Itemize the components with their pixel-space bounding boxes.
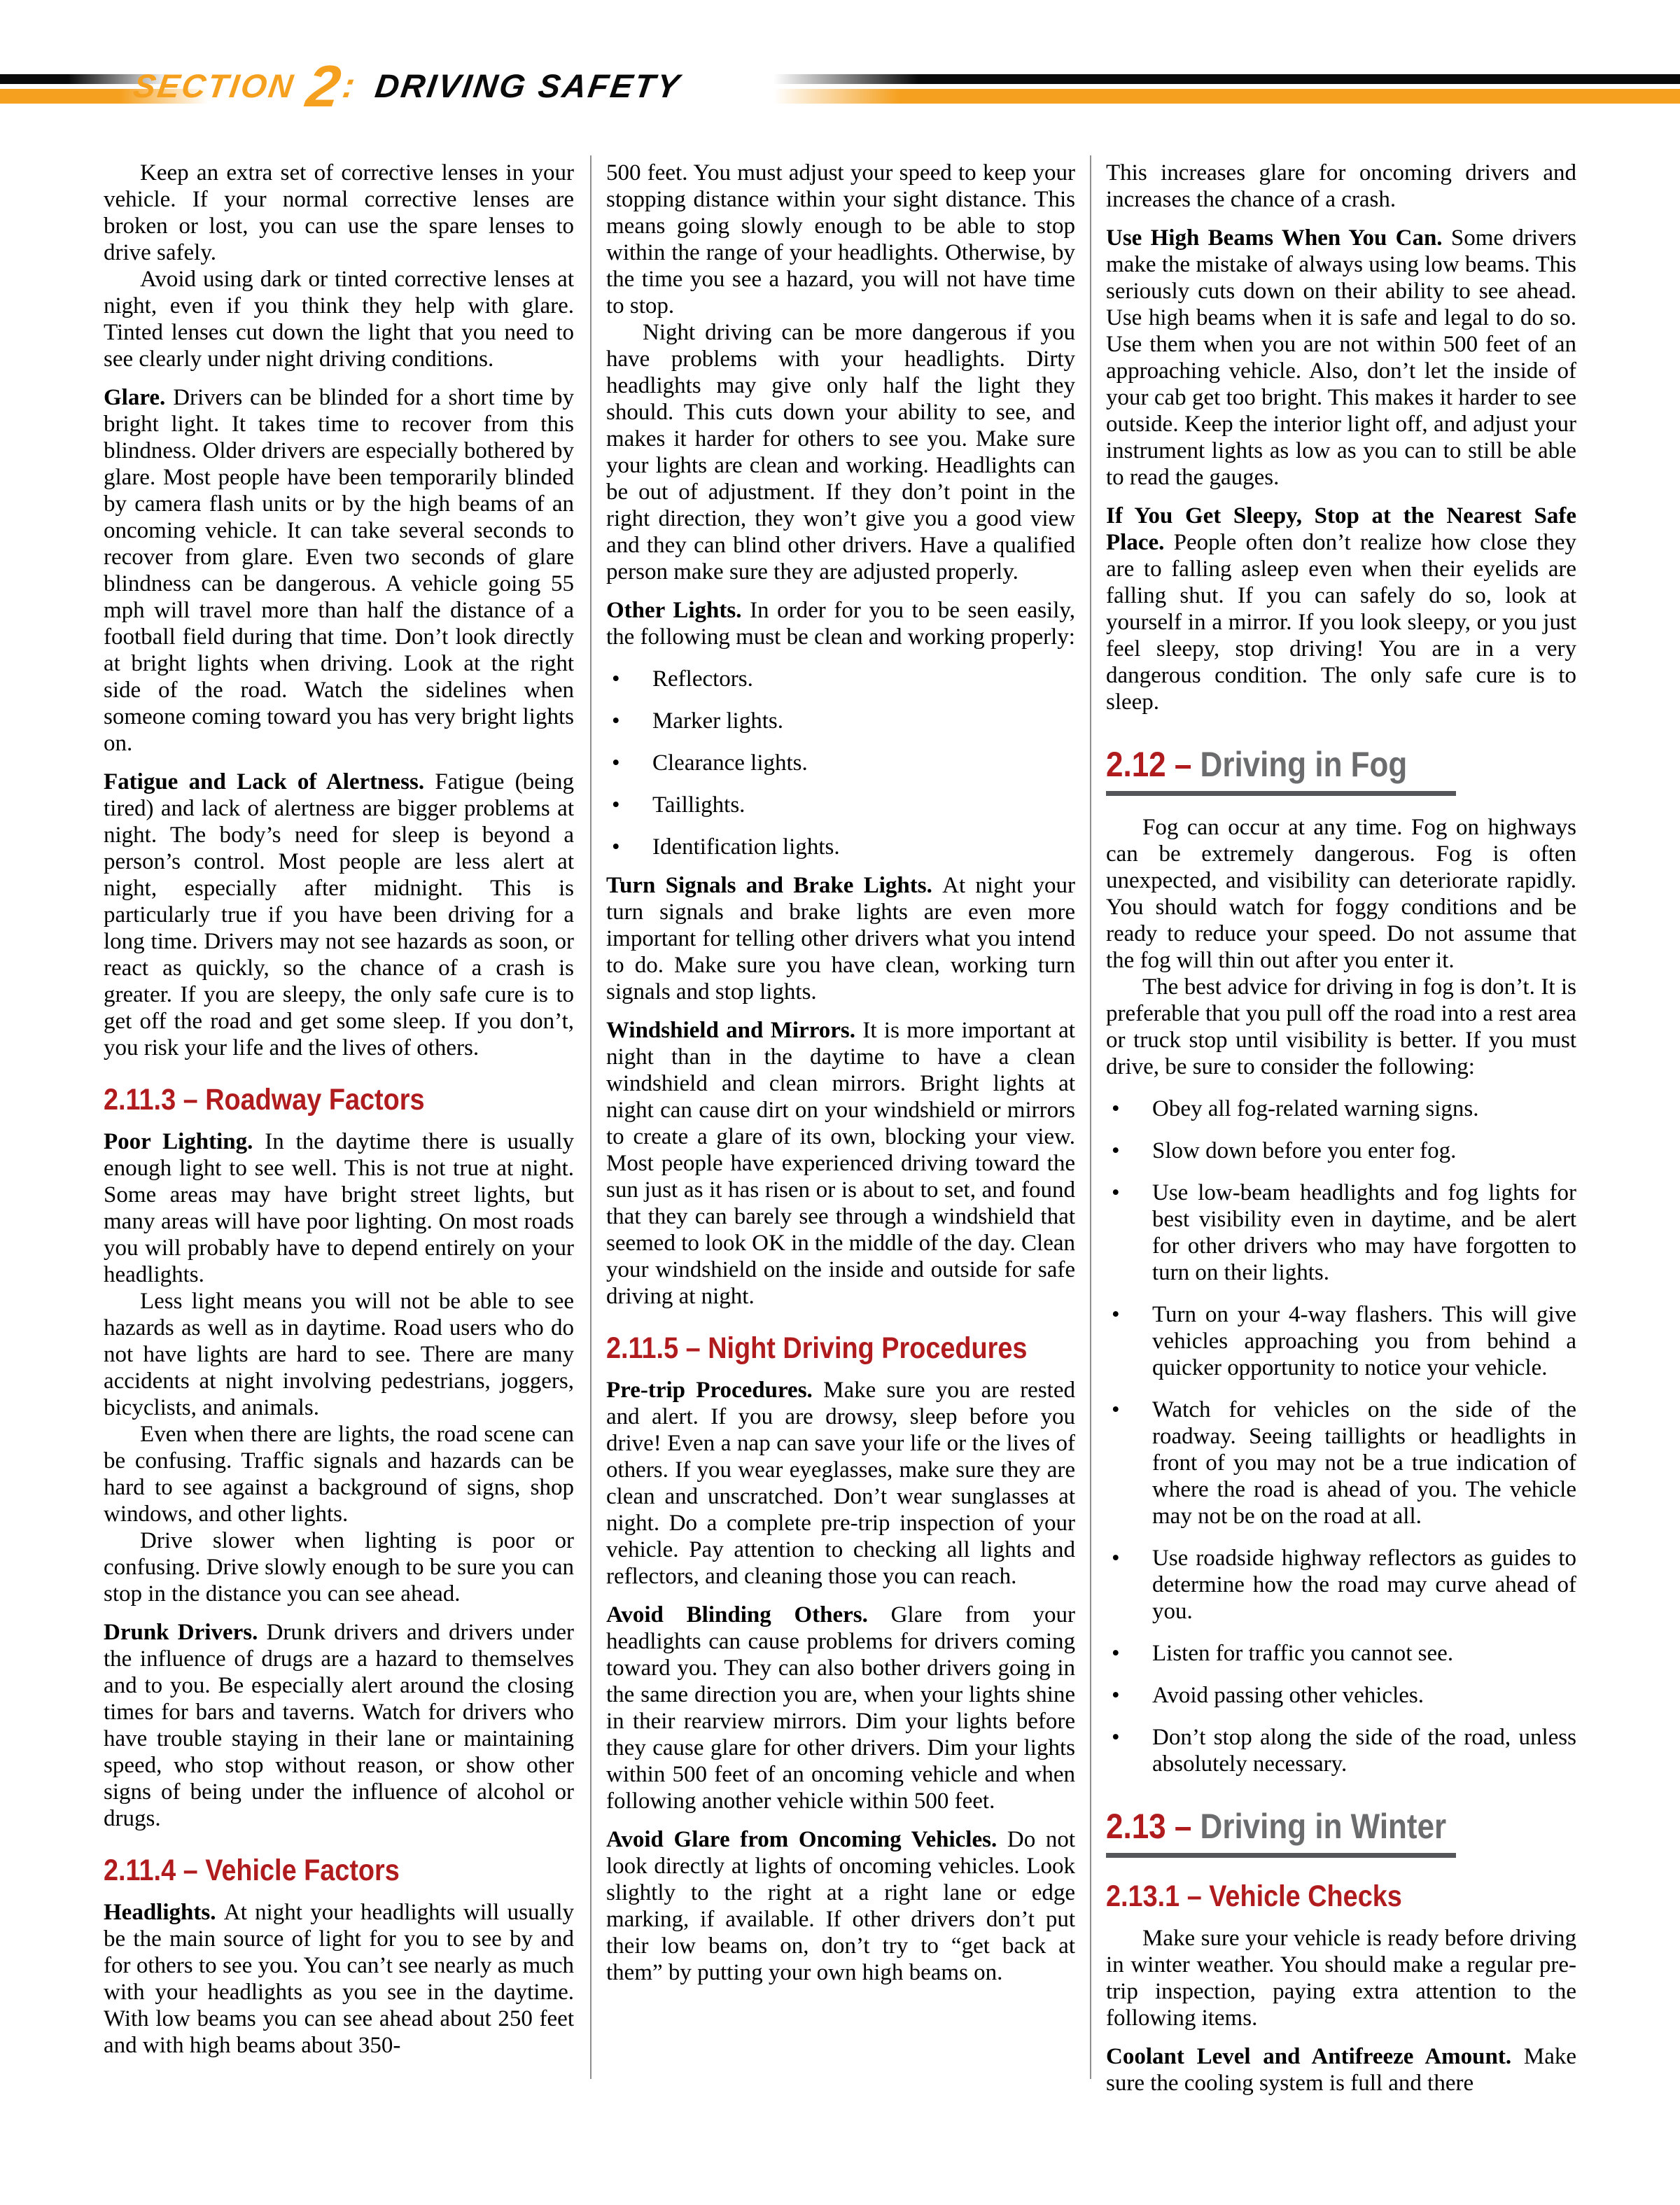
lead-paragraph: Pre-trip Procedures. Make sure you are r…: [606, 1377, 1075, 1590]
bullet-item: Turn on your 4-way flashers. This will g…: [1106, 1301, 1576, 1381]
lead-paragraph: Poor Lighting. In the daytime there is u…: [104, 1128, 574, 1288]
lead-paragraph: Glare. Drivers can be blinded for a shor…: [104, 384, 574, 757]
lead-paragraph: Avoid Glare from Oncoming Vehicles. Do n…: [606, 1826, 1075, 1986]
run-in-heading: Drunk Drivers.: [104, 1620, 267, 1645]
run-in-heading: Use High Beams When You Can.: [1106, 225, 1451, 251]
lead-paragraph: Turn Signals and Brake Lights. At night …: [606, 872, 1075, 1005]
paragraph: Make sure your vehicle is ready before d…: [1106, 1925, 1576, 2031]
header-black-stripe-right: [773, 74, 1680, 84]
column-divider: [590, 155, 591, 2079]
subsection-heading: 2.13.1 – Vehicle Checks: [1106, 1880, 1520, 1912]
section-heading-title: Driving in Winter: [1200, 1807, 1447, 1846]
text-column-2: 500 feet. You must adjust your speed to …: [606, 160, 1075, 1986]
paragraph: The best advice for driving in fog is do…: [1106, 974, 1576, 1080]
run-in-heading: Turn Signals and Brake Lights.: [606, 873, 942, 898]
run-in-heading: Glare.: [104, 385, 173, 410]
subsection-heading: 2.11.3 – Roadway Factors: [104, 1084, 517, 1116]
bullet-item: Obey all fog-related warning signs.: [1106, 1095, 1576, 1122]
paragraph: Fog can occur at any time. Fog on highwa…: [1106, 814, 1576, 974]
lead-paragraph: Coolant Level and Antifreeze Amount. Mak…: [1106, 2043, 1576, 2096]
lead-paragraph: Avoid Blinding Others. Glare from your h…: [606, 1602, 1075, 1814]
bullet-item: Avoid passing other vehicles.: [1106, 1682, 1576, 1709]
bullet-item: Use low-beam headlights and fog lights f…: [1106, 1179, 1576, 1286]
section-title-text: DRIVING SAFETY: [373, 66, 684, 105]
paragraph: Drive slower when lighting is poor or co…: [104, 1527, 574, 1607]
subsection-heading: 2.11.5 – Night Driving Procedures: [606, 1332, 1019, 1364]
bullet-list: Obey all fog-related warning signs.Slow …: [1106, 1095, 1576, 1777]
bullet-item: Reflectors.: [606, 666, 1075, 692]
bullet-list: Reflectors.Marker lights.Clearance light…: [606, 666, 1075, 860]
run-in-heading: Avoid Glare from Oncoming Vehicles.: [606, 1827, 1007, 1852]
bullet-item: Don’t stop along the side of the road, u…: [1106, 1724, 1576, 1777]
bullet-item: Slow down before you enter fog.: [1106, 1137, 1576, 1164]
section-heading: 2.13 – Driving in Winter: [1106, 1808, 1520, 1844]
section-heading-number: 2.12 –: [1106, 745, 1200, 784]
manual-page: SECTION 2 : DRIVING SAFETY Keep an extra…: [0, 0, 1680, 2205]
lead-paragraph: Drunk Drivers. Drunk drivers and drivers…: [104, 1619, 574, 1832]
lead-paragraph: Other Lights. In order for you to be see…: [606, 597, 1075, 650]
lead-paragraph: Use High Beams When You Can. Some driver…: [1106, 225, 1576, 491]
column-divider: [1090, 155, 1091, 2079]
paragraph: Keep an extra set of corrective lenses i…: [104, 160, 574, 266]
bullet-item: Taillights.: [606, 792, 1075, 818]
bullet-item: Clearance lights.: [606, 750, 1075, 776]
paragraph: This increases glare for oncoming driver…: [1106, 160, 1576, 213]
text-column-1: Keep an extra set of corrective lenses i…: [104, 160, 574, 2059]
bullet-item: Identification lights.: [606, 834, 1075, 860]
bullet-item: Listen for traffic you cannot see.: [1106, 1640, 1576, 1667]
run-in-heading: Avoid Blinding Others.: [606, 1602, 891, 1627]
lead-paragraph: If You Get Sleepy, Stop at the Nearest S…: [1106, 503, 1576, 715]
section-heading-block: 2.12 – Driving in Fog: [1106, 746, 1576, 796]
run-in-heading: Coolant Level and Antifreeze Amount.: [1106, 2044, 1524, 2069]
run-in-heading: Fatigue and Lack of Alertness.: [104, 769, 435, 794]
section-heading-title: Driving in Fog: [1200, 745, 1408, 784]
heading-rule: [1106, 791, 1456, 796]
header-orange-stripe-right: [773, 89, 1680, 104]
heading-rule: [1106, 1853, 1456, 1858]
paragraph: Less light means you will not be able to…: [104, 1288, 574, 1421]
paragraph: 500 feet. You must adjust your speed to …: [606, 160, 1075, 319]
section-label: SECTION: [131, 66, 297, 105]
run-in-heading: Pre-trip Procedures.: [606, 1378, 823, 1403]
section-colon: :: [340, 65, 358, 106]
section-header-title: SECTION 2 : DRIVING SAFETY: [130, 43, 687, 111]
bullet-item: Use roadside highway reflectors as guide…: [1106, 1545, 1576, 1625]
run-in-heading: Other Lights.: [606, 598, 750, 623]
bullet-item: Watch for vehicles on the side of the ro…: [1106, 1396, 1576, 1529]
run-in-heading: Headlights.: [104, 1900, 224, 1925]
paragraph: Night driving can be more dangerous if y…: [606, 319, 1075, 585]
subsection-heading: 2.11.4 – Vehicle Factors: [104, 1854, 517, 1886]
run-in-heading: Windshield and Mirrors.: [606, 1018, 862, 1043]
paragraph: Avoid using dark or tinted corrective le…: [104, 266, 574, 372]
lead-paragraph: Windshield and Mirrors. It is more impor…: [606, 1017, 1075, 1310]
section-heading-block: 2.13 – Driving in Winter: [1106, 1808, 1576, 1858]
text-column-3: This increases glare for oncoming driver…: [1106, 160, 1576, 2096]
lead-paragraph: Headlights. At night your headlights wil…: [104, 1899, 574, 2059]
bullet-item: Marker lights.: [606, 708, 1075, 734]
run-in-heading: If You Get Sleepy, Stop at the Nearest S…: [1106, 503, 1576, 555]
section-number: 2: [302, 52, 344, 120]
section-heading: 2.12 – Driving in Fog: [1106, 746, 1520, 783]
paragraph: Even when there are lights, the road sce…: [104, 1421, 574, 1527]
run-in-heading: Poor Lighting.: [104, 1129, 265, 1154]
section-heading-number: 2.13 –: [1106, 1807, 1200, 1846]
lead-paragraph: Fatigue and Lack of Alertness. Fatigue (…: [104, 769, 574, 1061]
